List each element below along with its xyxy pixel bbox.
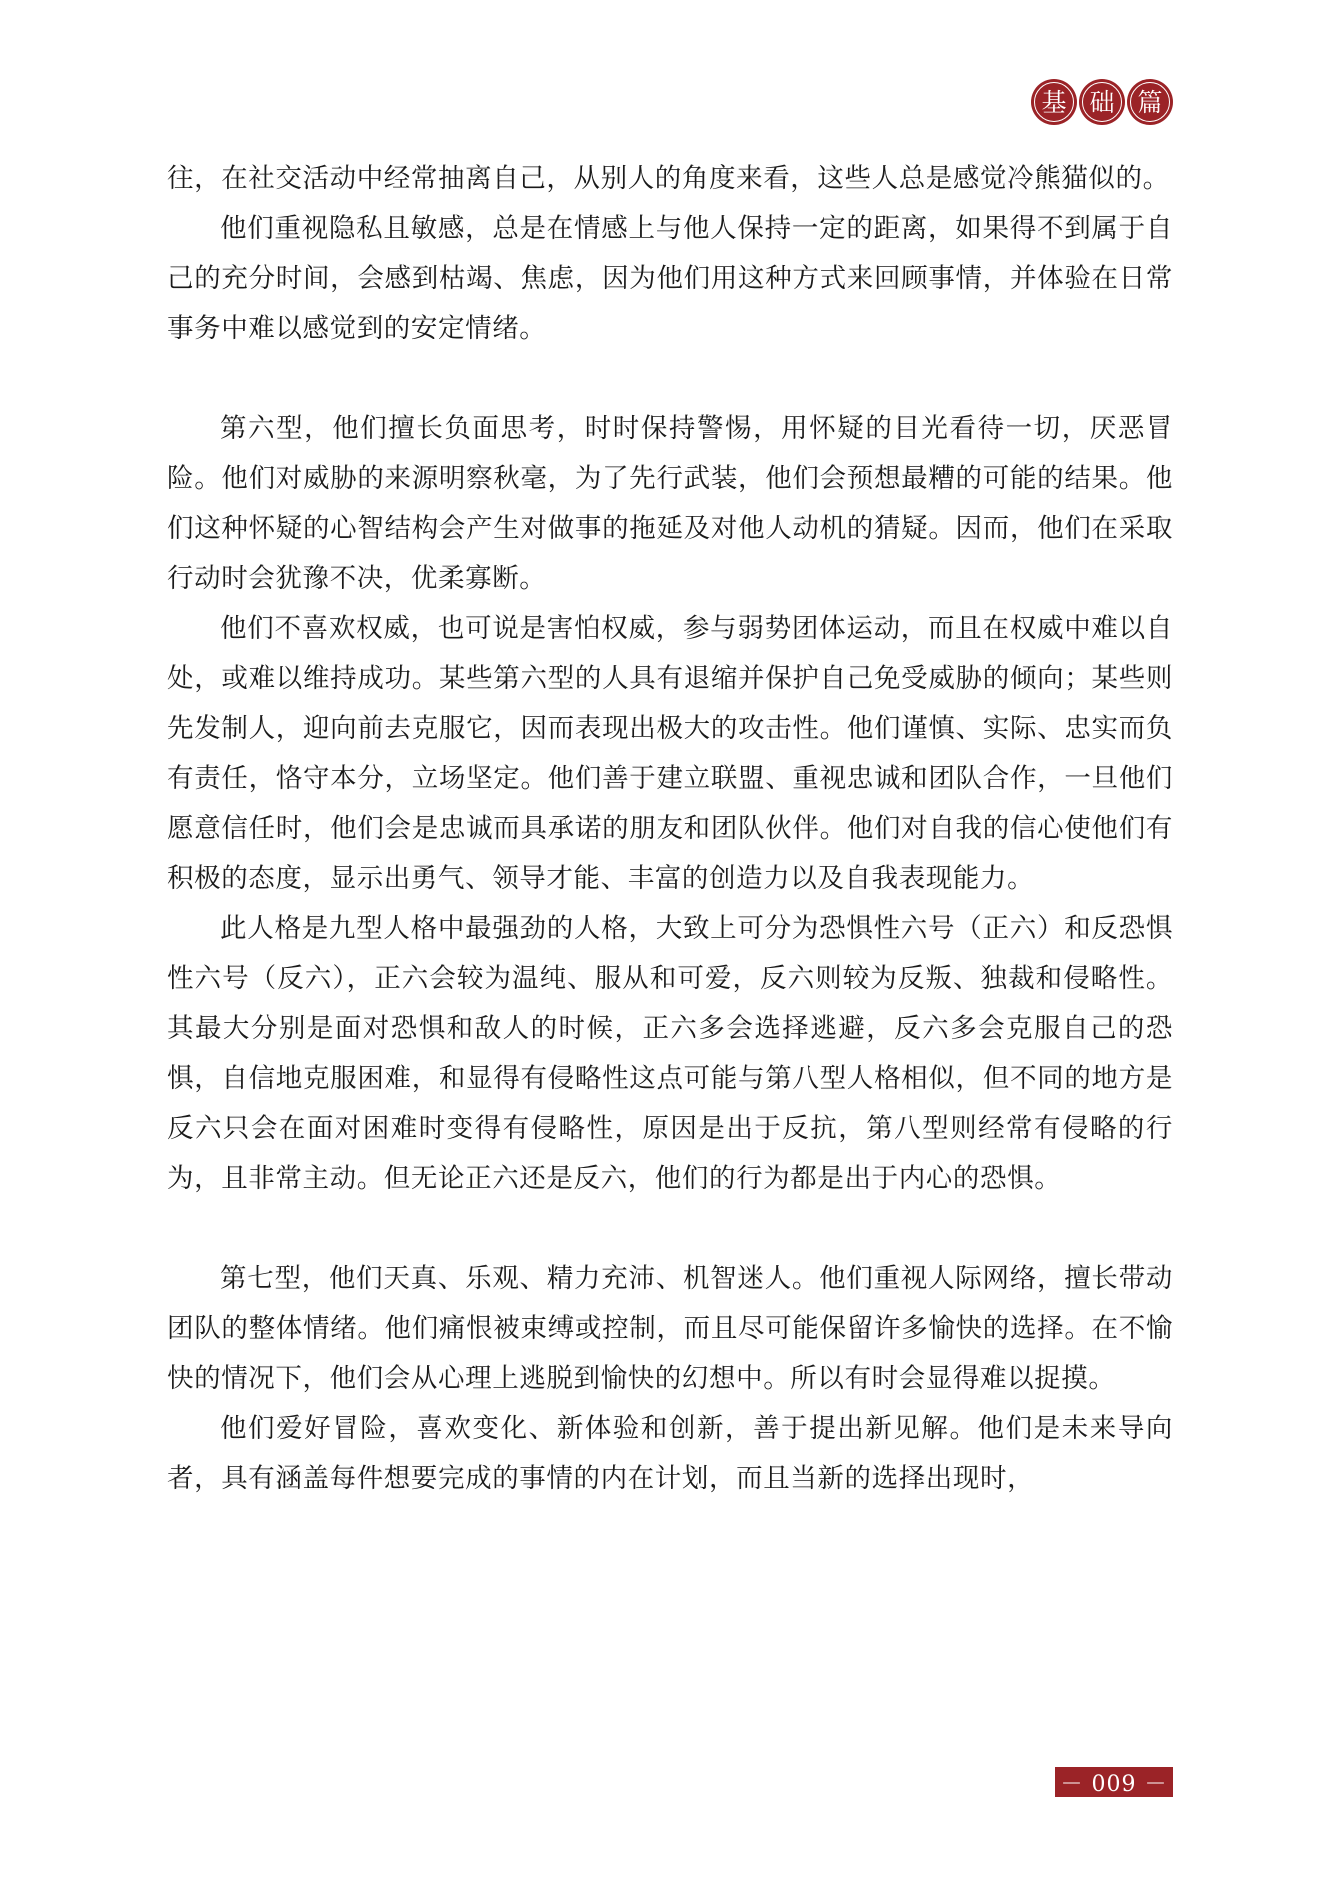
paragraph: 第七型，他们天真、乐观、精力充沛、机智迷人。他们重视人际网络，擅长带动团队的整体… — [167, 1254, 1173, 1404]
paragraph: 往，在社交活动中经常抽离自己，从别人的角度来看，这些人总是感觉冷熊猫似的。 — [167, 154, 1173, 204]
paragraph: 第六型，他们擅长负面思考，时时保持警惕，用怀疑的目光看待一切，厌恶冒险。他们对威… — [167, 404, 1173, 604]
section-gap — [167, 354, 1173, 404]
paragraph: 此人格是九型人格中最强劲的人格，大致上可分为恐惧性六号（正六）和反恐惧性六号（反… — [167, 904, 1173, 1204]
paragraph: 他们重视隐私且敏感，总是在情感上与他人保持一定的距离，如果得不到属于自己的充分时… — [167, 204, 1173, 354]
paragraph: 他们爱好冒险，喜欢变化、新体验和创新，善于提出新见解。他们是未来导向者，具有涵盖… — [167, 1404, 1173, 1504]
badge-char: 基 — [1041, 90, 1066, 115]
paragraph: 他们不喜欢权威，也可说是害怕权威，参与弱势团体运动，而且在权威中难以自处，或难以… — [167, 604, 1173, 904]
section-badge: 篇 — [1127, 79, 1173, 125]
section-badges: 基 础 篇 — [1031, 79, 1173, 125]
section-gap — [167, 1204, 1173, 1254]
section-badge: 础 — [1079, 79, 1125, 125]
page-number: － 009 － — [1055, 1767, 1173, 1797]
badge-char: 础 — [1089, 90, 1114, 115]
section-badge: 基 — [1031, 79, 1077, 125]
page-body: 往，在社交活动中经常抽离自己，从别人的角度来看，这些人总是感觉冷熊猫似的。 他们… — [167, 154, 1173, 1504]
badge-char: 篇 — [1137, 90, 1162, 115]
